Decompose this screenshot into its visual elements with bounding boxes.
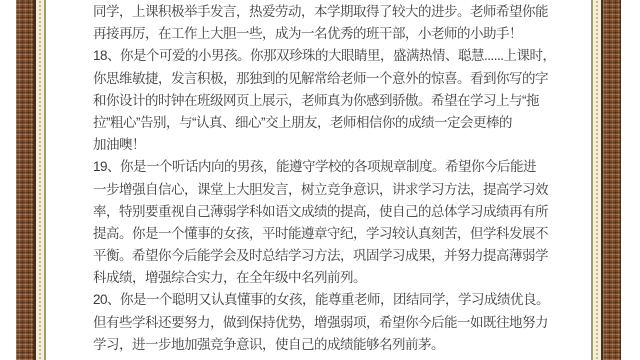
comment-line: 你思维敏捷，发言积极，那独到的见解常给老师一个意外的惊喜。看到你写的字 — [93, 68, 553, 90]
comment-line: 加油噢！ — [93, 134, 553, 156]
comment-line: 平衡。希望你今后能学会及时总结学习方法，巩固学习成果，并努力提高薄弱学 — [93, 245, 553, 267]
comment-line: 20、你是一个聪明又认真懂事的女孩，能尊重老师，团结同学，学习成绩优良。 — [93, 289, 553, 311]
comment-line: 再接再厉，在工作上大胆一些，成为一名优秀的班干部，小老师的小助手！ — [93, 23, 553, 45]
frame-weave-band-right — [603, 0, 621, 360]
frame-cream-strip-right — [593, 0, 601, 360]
frame-olive-line-left — [44, 0, 46, 360]
comment-line: 和你设计的时钟在班级网页上展示，老师真为你感到骄傲。希望在学习上与“拖 — [93, 90, 553, 112]
comment-line: 同学，上课积极举手发言，热爱劳动，本学期取得了较大的进步。老师希望你能 — [93, 1, 553, 23]
comment-line: 提高。你是一个懂事的女孩，平时能遵章守纪，学习较认真刻苦，但学科发展不 — [93, 223, 553, 245]
frame-weave-band-left — [16, 0, 34, 360]
comment-line: 科成绩，增强综合实力，在全年级中名列前列。 — [93, 267, 553, 289]
comment-line: 18、你是个可爱的小男孩。你那双珍珠的大眼睛里，盛满热情、聪慧......上课时… — [93, 45, 553, 67]
comment-line: 拉”粗心”告别，与“认真、细心”交上朋友，老师相信你的成绩一定会更棒的 — [93, 112, 553, 134]
comment-text: 同学，上课积极举手发言，热爱劳动，本学期取得了较大的进步。老师希望你能 再接再厉… — [93, 1, 553, 356]
comment-line: 一步增强自信心，课堂上大胆发言，树立竞争意识，讲求学习方法，提高学习效 — [93, 179, 553, 201]
document-page: 同学，上课积极举手发言，热爱劳动，本学期取得了较大的进步。老师希望你能 再接再厉… — [0, 0, 640, 360]
frame-cream-strip-left — [36, 0, 44, 360]
comment-line: 19、你是一个听话内向的男孩，能遵守学校的各项规章制度。希望你今后能进 — [93, 156, 553, 178]
comment-line: 学习，进一步地加强竞争意识，使自己的成绩能够名列前茅。 — [93, 334, 553, 356]
comment-line: 率，特别要重视自己薄弱学科如语文成绩的提高，使自己的总体学习成绩再有所 — [93, 201, 553, 223]
comment-line: 但有些学科还要努力，做到保持优势，增强弱项，希望你今后能一如既往地努力 — [93, 312, 553, 334]
